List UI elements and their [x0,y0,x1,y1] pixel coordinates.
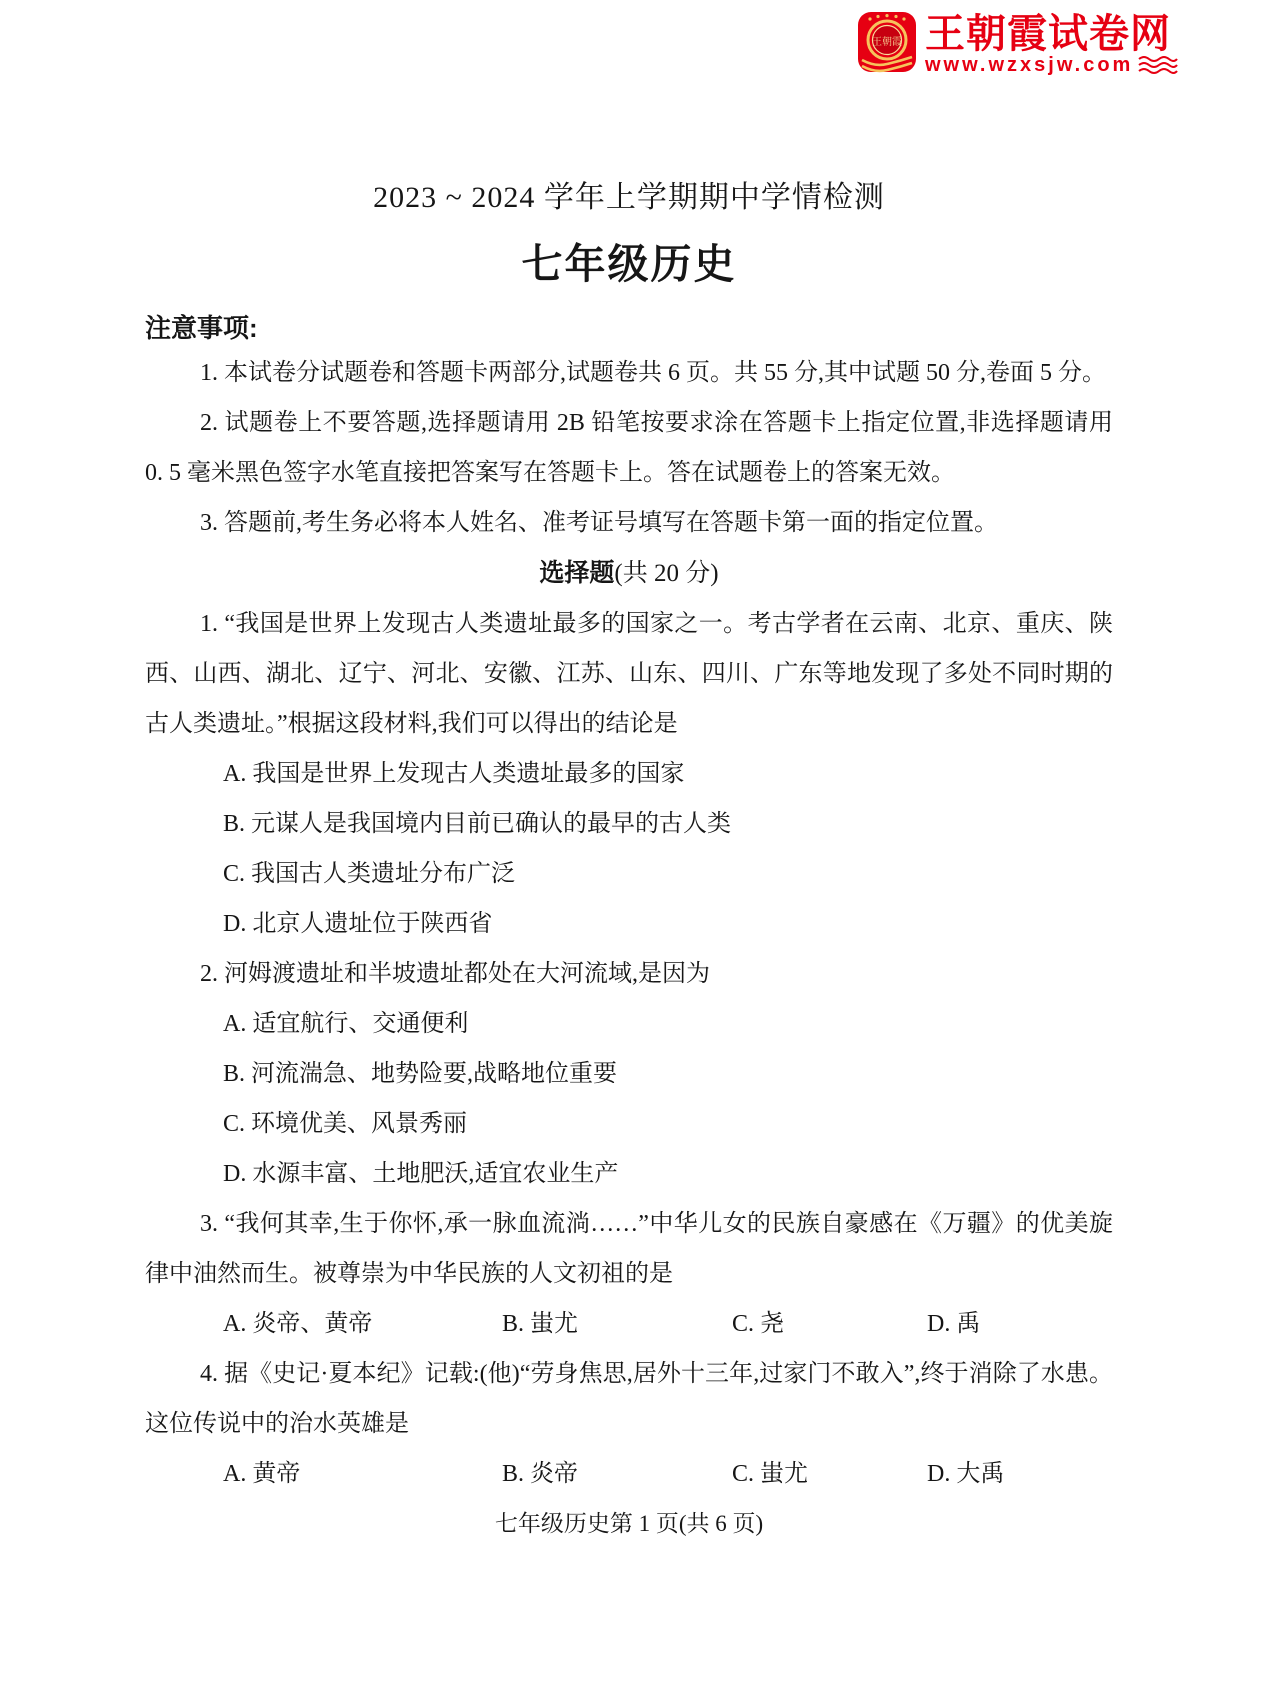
section-heading-score: (共 20 分) [614,560,718,587]
badge-label-text: 王朝霞 [872,35,902,48]
question-4: 4. 据《史记·夏本纪》记载:(他)“劳身焦思,居外十三年,过家门不敢入”,终于… [145,1349,1113,1499]
exam-content: 2023 ~ 2024 学年上学期期中学情检测 七年级历史 注意事项: 1. 本… [0,0,1264,1549]
question-3-option-c: C. 尧 [732,1299,927,1349]
question-2-option-c: C. 环境优美、风景秀丽 [145,1099,1113,1149]
question-4-stem: 4. 据《史记·夏本纪》记载:(他)“劳身焦思,居外十三年,过家门不敢入”,终于… [145,1349,1113,1449]
notice-item-3: 3. 答题前,考生务必将本人姓名、准考证号填写在答题卡第一面的指定位置。 [145,498,1113,548]
section-heading: 选择题(共 20 分) [145,548,1113,599]
question-4-option-a: A. 黄帝 [223,1449,502,1499]
question-1-option-a: A. 我国是世界上发现古人类遗址最多的国家 [145,749,1113,799]
notice-item-2: 2. 试题卷上不要答题,选择题请用 2B 铅笔按要求涂在答题卡上指定位置,非选择… [145,398,1113,498]
notice-heading: 注意事项: [145,308,1113,348]
question-2-option-b: B. 河流湍急、地势险要,战略地位重要 [145,1049,1113,1099]
subject-title: 七年级历史 [145,236,1113,292]
question-4-option-c: C. 蚩尤 [732,1449,927,1499]
wave-lines-icon [1137,55,1179,75]
brand-logo: 王朝霞 王朝霞试卷网 www.wzxsjw.com [858,12,1179,76]
section-heading-bold: 选择题 [539,559,614,587]
brand-name: 王朝霞试卷网 [925,12,1179,56]
question-1-option-b: B. 元谋人是我国境内目前已确认的最早的古人类 [145,799,1113,849]
question-3-option-d: D. 禹 [927,1299,1113,1349]
exam-paper-page: 王朝霞 王朝霞试卷网 www.wzxsjw.com [0,0,1264,1681]
exam-session-title: 2023 ~ 2024 学年上学期期中学情检测 [145,176,1113,220]
question-2-stem: 2. 河姆渡遗址和半坡遗址都处在大河流域,是因为 [145,949,1113,999]
question-3: 3. “我何其幸,生于你怀,承一脉血流淌……”中华儿女的民族自豪感在《万疆》的优… [145,1199,1113,1349]
question-4-option-d: D. 大禹 [927,1449,1113,1499]
question-3-stem: 3. “我何其幸,生于你怀,承一脉血流淌……”中华儿女的民族自豪感在《万疆》的优… [145,1199,1113,1299]
question-3-option-a: A. 炎帝、黄帝 [223,1299,502,1349]
brand-badge-icon: 王朝霞 [858,12,916,74]
question-3-option-b: B. 蚩尤 [502,1299,732,1349]
question-2-option-a: A. 适宜航行、交通便利 [145,999,1113,1049]
brand-url: www.wzxsjw.com [925,54,1133,76]
question-2-option-d: D. 水源丰富、土地肥沃,适宜农业生产 [145,1149,1113,1199]
question-1-stem: 1. “我国是世界上发现古人类遗址最多的国家之一。考古学者在云南、北京、重庆、陕… [145,599,1113,749]
question-2: 2. 河姆渡遗址和半坡遗址都处在大河流域,是因为 A. 适宜航行、交通便利 B.… [145,949,1113,1199]
question-1-option-c: C. 我国古人类遗址分布广泛 [145,849,1113,899]
page-footer: 七年级历史第 1 页(共 6 页) [145,1499,1113,1549]
question-1-option-d: D. 北京人遗址位于陕西省 [145,899,1113,949]
question-4-options-row: A. 黄帝 B. 炎帝 C. 蚩尤 D. 大禹 [145,1449,1113,1499]
notice-item-1: 1. 本试卷分试题卷和答题卡两部分,试题卷共 6 页。共 55 分,其中试题 5… [145,348,1113,398]
question-3-options-row: A. 炎帝、黄帝 B. 蚩尤 C. 尧 D. 禹 [145,1299,1113,1349]
question-4-option-b: B. 炎帝 [502,1449,732,1499]
question-1: 1. “我国是世界上发现古人类遗址最多的国家之一。考古学者在云南、北京、重庆、陕… [145,599,1113,949]
